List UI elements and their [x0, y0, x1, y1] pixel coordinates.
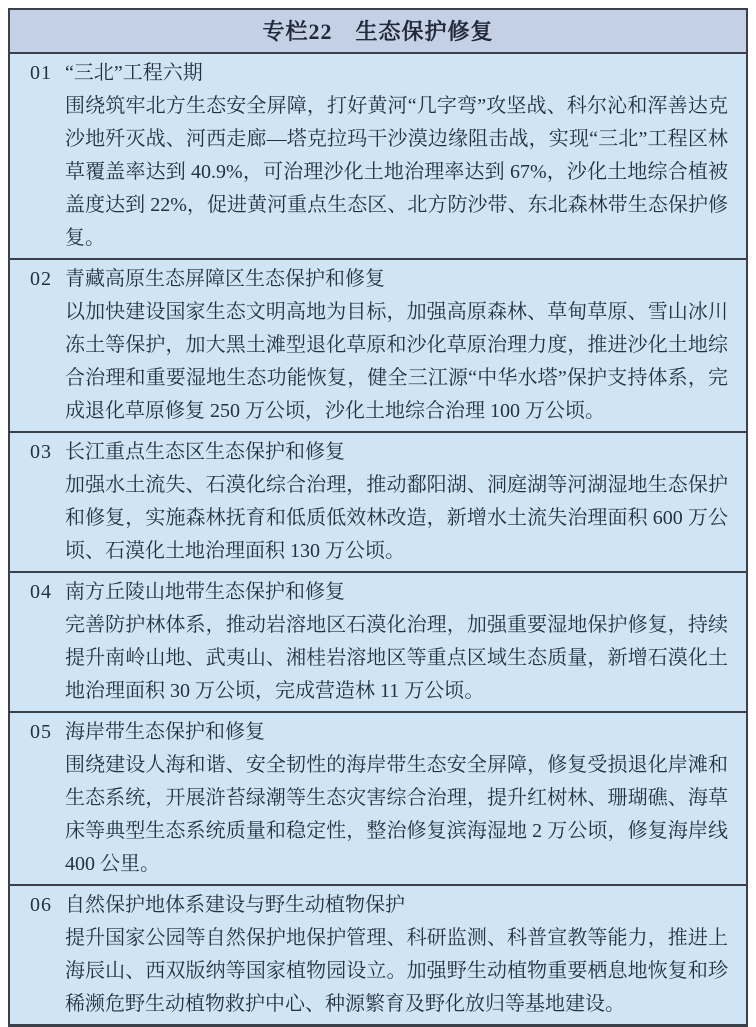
section-body: 围绕建设人海和谐、安全韧性的海岸带生态安全屏障，修复受损退化岸滩和生态系统，开展…: [65, 749, 728, 881]
section-title: 青藏高原生态屏障区生态保护和修复: [65, 263, 385, 296]
section-number: 05: [30, 716, 65, 749]
section-04: 04 南方丘陵山地带生态保护和修复 完善防护林体系，推动岩溶地区石漠化治理，加强…: [10, 573, 746, 713]
section-title-row: 02 青藏高原生态屏障区生态保护和修复: [30, 263, 728, 296]
section-06: 06 自然保护地体系建设与野生动植物保护 提升国家公园等自然保护地保护管理、科研…: [10, 886, 746, 1024]
section-body: 以加快建设国家生态文明高地为目标，加强高原森林、草甸草原、雪山冰川冻土等保护，加…: [65, 296, 728, 428]
section-title: “三北”工程六期: [65, 57, 203, 90]
section-title: 南方丘陵山地带生态保护和修复: [65, 576, 345, 609]
section-title: 海岸带生态保护和修复: [65, 716, 265, 749]
section-02: 02 青藏高原生态屏障区生态保护和修复 以加快建设国家生态文明高地为目标，加强高…: [10, 260, 746, 433]
section-title: 自然保护地体系建设与野生动植物保护: [65, 889, 405, 922]
section-title-row: 03 长江重点生态区生态保护和修复: [30, 436, 728, 469]
section-number: 04: [30, 576, 65, 609]
section-number: 06: [30, 889, 65, 922]
section-03: 03 长江重点生态区生态保护和修复 加强水土流失、石漠化综合治理，推动鄱阳湖、洞…: [10, 433, 746, 573]
section-number: 02: [30, 263, 65, 296]
section-body: 加强水土流失、石漠化综合治理，推动鄱阳湖、洞庭湖等河湖湿地生态保护和修复，实施森…: [65, 469, 728, 568]
section-05: 05 海岸带生态保护和修复 围绕建设人海和谐、安全韧性的海岸带生态安全屏障，修复…: [10, 713, 746, 886]
section-title-row: 06 自然保护地体系建设与野生动植物保护: [30, 889, 728, 922]
section-body: 提升国家公园等自然保护地保护管理、科研监测、科普宣教等能力，推进上海辰山、西双版…: [65, 922, 728, 1021]
section-title-row: 01 “三北”工程六期: [30, 57, 728, 90]
section-01: 01 “三北”工程六期 围绕筑牢北方生态安全屏障，打好黄河“几字弯”攻坚战、科尔…: [10, 54, 746, 260]
column-panel: 专栏22 生态保护修复 01 “三北”工程六期 围绕筑牢北方生态安全屏障，打好黄…: [8, 8, 748, 1024]
section-title: 长江重点生态区生态保护和修复: [65, 436, 345, 469]
panel-title: 专栏22 生态保护修复: [10, 10, 746, 54]
section-number: 03: [30, 436, 65, 469]
section-title-row: 05 海岸带生态保护和修复: [30, 716, 728, 749]
section-title-row: 04 南方丘陵山地带生态保护和修复: [30, 576, 728, 609]
section-body: 围绕筑牢北方生态安全屏障，打好黄河“几字弯”攻坚战、科尔沁和浑善达克沙地歼灭战、…: [65, 90, 728, 255]
section-number: 01: [30, 57, 65, 90]
section-body: 完善防护林体系，推动岩溶地区石漠化治理，加强重要湿地保护修复，持续提升南岭山地、…: [65, 609, 728, 708]
